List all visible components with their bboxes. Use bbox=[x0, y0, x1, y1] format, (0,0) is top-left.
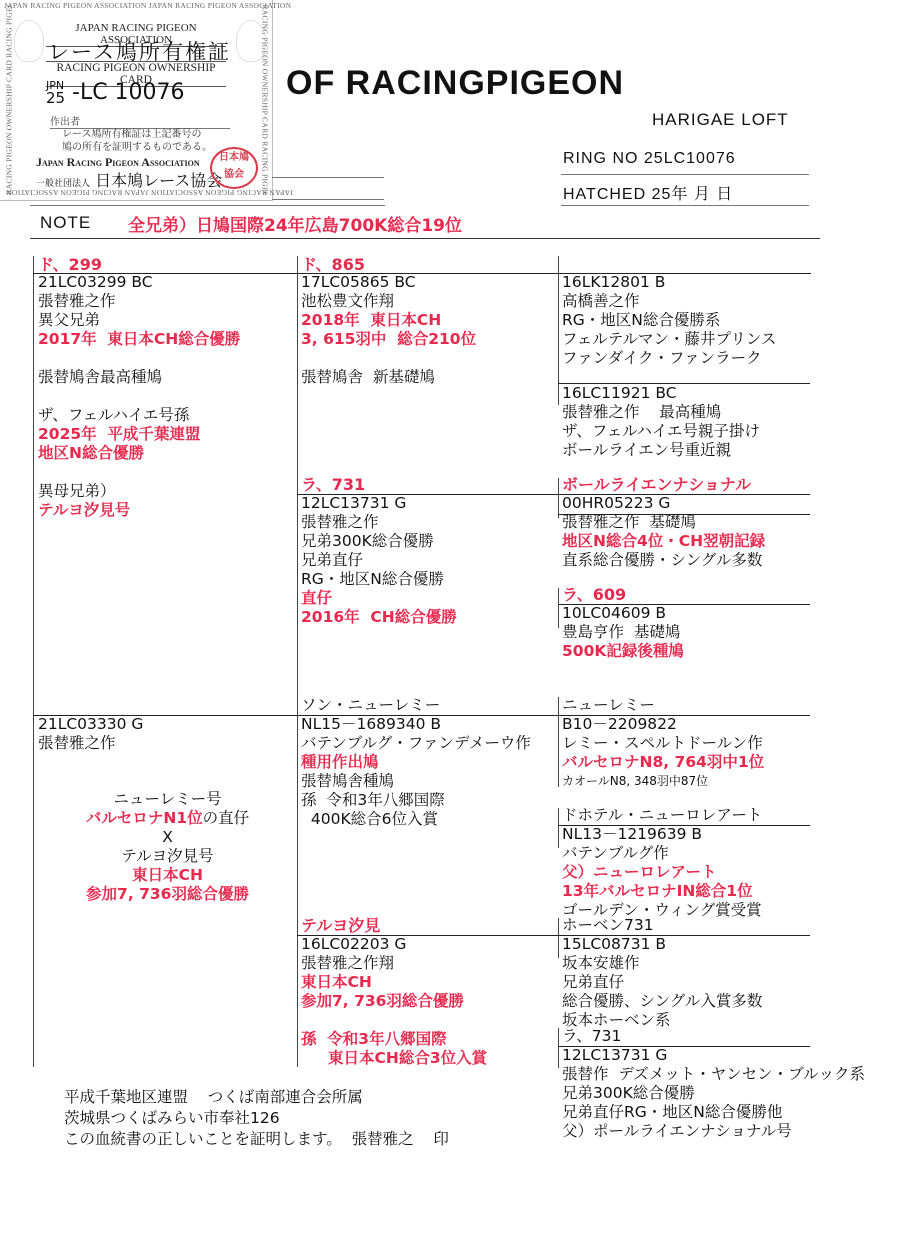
ssd-detail-line: ボールライエン号重近親 bbox=[562, 441, 760, 460]
sire-detail-line: テルヨ汐見号 bbox=[38, 501, 240, 520]
dss-ring: B10－2209822 bbox=[562, 715, 764, 734]
column-border bbox=[558, 808, 559, 848]
dam-summary-highlight: バルセロナN1位 bbox=[86, 809, 203, 827]
sire-detail-line: 張替雅之作 bbox=[38, 292, 240, 311]
dsd-details: バテンブルグ作父）ニューロレアート13年バルセロナIN総合1位ゴールデン・ウィン… bbox=[562, 844, 762, 920]
column-border bbox=[558, 918, 559, 958]
card-association-prefix: 一般社団法人 bbox=[36, 179, 90, 189]
ss-detail-line: 池松豊文作翔 bbox=[301, 292, 476, 311]
card-ring-number: -LC 10076 bbox=[72, 80, 185, 105]
sire-detail-line bbox=[38, 463, 240, 482]
divider bbox=[561, 174, 809, 175]
sire-detail-line: 地区N総合優勝 bbox=[38, 444, 240, 463]
sd-detail-line: 兄弟300K総合優勝 bbox=[301, 532, 457, 551]
dd-detail-line: 東日本CH bbox=[301, 973, 487, 992]
card-country-year: JPN 25 bbox=[46, 80, 65, 105]
sss-details: 高橋善之作RG・地区N総合優勝系フェルテルマン・藤井プリンスファンダイク・ファン… bbox=[562, 292, 776, 368]
sire-detail-line: 2017年 東日本CH総合優勝 bbox=[38, 330, 240, 349]
dam-summary-line: テルヨ汐見号 bbox=[40, 847, 295, 866]
ss-details: 池松豊文作翔2018年 東日本CH3, 615羽中 総合210位 張替鳩舎 新基… bbox=[301, 292, 476, 387]
sdd-detail-line: 豊島亨作 基礎鳩 bbox=[562, 623, 684, 642]
ddd-detail-line: 兄弟直仔RG・地区N総合優勝他 bbox=[562, 1103, 865, 1122]
sire-block: 21LC03299 BC 張替雅之作異父兄弟2017年 東日本CH総合優勝 張替… bbox=[38, 273, 240, 520]
sire-detail-line: 異母兄弟） bbox=[38, 482, 240, 501]
dss-detail-line: バルセロナN8, 764羽中1位 bbox=[562, 753, 764, 772]
dd-ring: 16LC02203 G bbox=[301, 935, 487, 954]
sire-detail-line: 2025年 平成千葉連盟 bbox=[38, 425, 240, 444]
column-border bbox=[33, 256, 34, 1067]
sire-name: ド、299 bbox=[38, 255, 102, 274]
dsd-detail-line: バテンブルグ作 bbox=[562, 844, 762, 863]
sd-detail-line: 兄弟直仔 bbox=[301, 551, 457, 570]
sd-block: 12LC13731 G 張替雅之作兄弟300K総合優勝兄弟直仔RG・地区N総合優… bbox=[301, 494, 457, 627]
page-title: OF RACINGPIGEON bbox=[286, 64, 624, 103]
dsd-ring: NL13－1219639 B bbox=[562, 825, 762, 844]
sd-detail-line: 直仔 bbox=[301, 589, 457, 608]
ssd-block: 16LC11921 BC 張替雅之作 最高種鳩ザ、フェルハイエ号親子掛けボールラ… bbox=[562, 384, 760, 460]
sire-detail-line: 異父兄弟 bbox=[38, 311, 240, 330]
card-breeder-label: 作出者 bbox=[50, 113, 230, 129]
dd-detail-line: 張替雅之作翔 bbox=[301, 954, 487, 973]
ddd-detail-line: 兄弟300K総合優勝 bbox=[562, 1084, 865, 1103]
dss-block: B10－2209822 レミー・スペルトドールン作バルセロナN8, 764羽中1… bbox=[562, 715, 764, 791]
ddd-ring: 12LC13731 G bbox=[562, 1046, 865, 1065]
card-description-line: レース鳩所有権証は上記番号の bbox=[62, 128, 212, 141]
sd-details: 張替雅之作兄弟300K総合優勝兄弟直仔RG・地区N総合優勝直仔2016年 CH総… bbox=[301, 513, 457, 627]
dd-name: テルヨ汐見 bbox=[301, 916, 380, 935]
ds-detail-line: 張替鳩舎種鳩 bbox=[301, 772, 531, 791]
ds-name: ソン・ニューレミー bbox=[301, 696, 440, 715]
sire-detail-line: ザ、フェルハイエ号孫 bbox=[38, 406, 240, 425]
sdd-name: ラ、609 bbox=[562, 585, 626, 604]
ss-name: ド、865 bbox=[301, 255, 365, 274]
ddd-detail-line: 父）ポールライエンナショナル号 bbox=[562, 1122, 865, 1141]
dsd-block: NL13－1219639 B バテンブルグ作父）ニューロレアート13年バルセロナ… bbox=[562, 825, 762, 920]
dd-block: 16LC02203 G 張替雅之作翔東日本CH参加7, 736羽総合優勝 孫 令… bbox=[301, 935, 487, 1068]
sd-detail-line: 張替雅之作 bbox=[301, 513, 457, 532]
divider bbox=[272, 199, 384, 200]
card-border-text-top: JAPAN RACING PIGEON ASSOCIATION JAPAN RA… bbox=[4, 1, 291, 10]
dam-summary-text: の直仔 bbox=[203, 809, 250, 827]
sdd-details: 豊島亨作 基礎鳩500K記録後種鳩 bbox=[562, 623, 684, 661]
sire-detail-line bbox=[38, 387, 240, 406]
column-border bbox=[558, 1028, 559, 1068]
sds-detail-line: 直系総合優勝・シングル多数 bbox=[562, 551, 765, 570]
sss-detail-line: フェルテルマン・藤井プリンス bbox=[562, 330, 776, 349]
sss-ring: 16LK12801 B bbox=[562, 273, 776, 292]
stamp-text: 日本鳩 bbox=[212, 149, 256, 166]
dds-ring: 15LC08731 B bbox=[562, 935, 762, 954]
dd-detail-line: 参加7, 736羽総合優勝 bbox=[301, 992, 487, 1011]
sd-name: ラ、731 bbox=[301, 475, 365, 494]
column-border bbox=[558, 697, 559, 787]
dam-summary: ニューレミー号 バルセロナN1位の直仔 X テルヨ汐見号 東日本CH 参加7, … bbox=[40, 790, 295, 904]
sds-detail-line: 地区N総合4位・CH翌朝記録 bbox=[562, 532, 765, 551]
dss-detail-line: カオールN8, 348羽中87位 bbox=[562, 772, 764, 791]
dsd-detail-line: 父）ニューロレアート bbox=[562, 863, 762, 882]
federation-affiliation: 平成千葉地区連盟 つくば南部連合会所属 bbox=[64, 1087, 449, 1108]
sds-detail-line: 張替雅之作 基礎鳩 bbox=[562, 513, 765, 532]
pigeon-emblem-left-icon bbox=[14, 20, 44, 62]
column-border bbox=[558, 385, 559, 405]
dd-detail-line: 孫 令和3年八郷国際 bbox=[301, 1030, 487, 1049]
dam-ring: 21LC03330 G bbox=[38, 715, 143, 734]
ss-detail-line: 3, 615羽中 総合210位 bbox=[301, 330, 476, 349]
column-border bbox=[297, 256, 298, 706]
dsd-name: ドホテル・ニューロレアート bbox=[562, 806, 762, 825]
column-border bbox=[558, 478, 559, 518]
dd-detail-line bbox=[301, 1011, 487, 1030]
sd-detail-line: RG・地区N総合優勝 bbox=[301, 570, 457, 589]
ds-detail-line: バテンブルグ・ファンデメーウ作 bbox=[301, 734, 531, 753]
sire-detail-line bbox=[38, 349, 240, 368]
hatched-date: HATCHED 25年 月 日 bbox=[563, 181, 733, 204]
ddd-detail-line: 張替作 デズメット・ヤンセン・ブルック系 bbox=[562, 1065, 865, 1084]
ssd-ring: 16LC11921 BC bbox=[562, 384, 760, 403]
sss-detail-line: ファンダイク・ファンラーク bbox=[562, 349, 776, 368]
dam-block: 21LC03330 G 張替雅之作 bbox=[38, 715, 143, 753]
loft-name: HARIGAE LOFT bbox=[652, 110, 789, 130]
column-border bbox=[558, 588, 559, 628]
ssd-detail-line: ザ、フェルハイエ号親子掛け bbox=[562, 422, 760, 441]
ds-detail-line: 種用作出鳩 bbox=[301, 753, 531, 772]
dam-details: 張替雅之作 bbox=[38, 734, 143, 753]
sire-detail-line: 張替鳩舎最高種鳩 bbox=[38, 368, 240, 387]
sd-detail-line: 2016年 CH総合優勝 bbox=[301, 608, 457, 627]
card-border-text-left: RACING PIGEON OWNERSHIP CARD RACING PIGE… bbox=[5, 5, 14, 195]
dam-summary-line: 東日本CH bbox=[40, 866, 295, 885]
pigeon-emblem-right-icon bbox=[236, 20, 266, 62]
stamp-text: 協会 bbox=[212, 166, 256, 183]
sire-details: 張替雅之作異父兄弟2017年 東日本CH総合優勝 張替鳩舎最高種鳩 ザ、フェルハ… bbox=[38, 292, 240, 520]
ddd-name: ラ、731 bbox=[562, 1027, 621, 1046]
ownership-card: JAPAN RACING PIGEON ASSOCIATION JAPAN RA… bbox=[0, 0, 273, 201]
dd-details: 張替雅之作翔東日本CH参加7, 736羽総合優勝 孫 令和3年八郷国際 東日本C… bbox=[301, 954, 487, 1068]
dss-detail-line: レミー・スペルトドールン作 bbox=[562, 734, 764, 753]
ds-detail-line: 400K総合6位入賞 bbox=[301, 810, 531, 829]
dds-block: 15LC08731 B 坂本安雄作兄弟直仔総合優勝、シングル入賞多数坂本ホーベン… bbox=[562, 935, 762, 1030]
ds-ring: NL15－1689340 B bbox=[301, 715, 531, 734]
divider bbox=[561, 205, 809, 206]
ss-detail-line: 張替鳩舎 新基礎鳩 bbox=[301, 368, 476, 387]
sds-ring: 00HR05223 G bbox=[562, 494, 765, 513]
card-association-name: 日本鳩レース協会 bbox=[95, 171, 222, 190]
note-value: 全兄弟）日鳩国際24年広島700K総合19位 bbox=[128, 211, 462, 236]
divider bbox=[272, 177, 384, 178]
dam-summary-line: ニューレミー号 bbox=[40, 790, 295, 809]
loft-address: 茨城県つくばみらい市奉社126 bbox=[64, 1108, 449, 1129]
dss-details: レミー・スペルトドールン作バルセロナN8, 764羽中1位カオールN8, 348… bbox=[562, 734, 764, 791]
ssd-detail-line: 張替雅之作 最高種鳩 bbox=[562, 403, 760, 422]
dd-detail-line: 東日本CH総合3位入賞 bbox=[301, 1049, 487, 1068]
dss-name: ニューレミー bbox=[562, 696, 655, 715]
card-description-line: 鳩の所有を証明するものである。 bbox=[62, 141, 212, 154]
ss-ring: 17LC05865 BC bbox=[301, 273, 476, 292]
dds-detail-line: 坂本安雄作 bbox=[562, 954, 762, 973]
dds-detail-line: 総合優勝、シングル入賞多数 bbox=[562, 992, 762, 1011]
sdd-detail-line: 500K記録後種鳩 bbox=[562, 642, 684, 661]
ring-number: RING NO 25LC10076 bbox=[563, 150, 736, 168]
sdd-ring: 10LC04609 B bbox=[562, 604, 684, 623]
sss-block: 16LK12801 B 高橋善之作RG・地区N総合優勝系フェルテルマン・藤井プリ… bbox=[562, 273, 776, 368]
note-label: NOTE bbox=[40, 213, 91, 233]
sd-ring: 12LC13731 G bbox=[301, 494, 457, 513]
ddd-block: 12LC13731 G 張替作 デズメット・ヤンセン・ブルック系兄弟300K総合… bbox=[562, 1046, 865, 1141]
dam-summary-line: 参加7, 736羽総合優勝 bbox=[40, 885, 295, 904]
divider bbox=[30, 205, 385, 206]
column-border bbox=[558, 256, 559, 386]
sdd-block: 10LC04609 B 豊島亨作 基礎鳩500K記録後種鳩 bbox=[562, 604, 684, 661]
dds-details: 坂本安雄作兄弟直仔総合優勝、シングル入賞多数坂本ホーベン系 bbox=[562, 954, 762, 1030]
sds-block: 00HR05223 G 張替雅之作 基礎鳩地区N総合4位・CH翌朝記録直系総合優… bbox=[562, 494, 765, 570]
ss-detail-line: 2018年 東日本CH bbox=[301, 311, 476, 330]
column-border bbox=[297, 697, 298, 1067]
ds-block: NL15－1689340 B バテンブルグ・ファンデメーウ作種用作出鳩張替鳩舎種… bbox=[301, 715, 531, 829]
dsd-detail-line: 13年バルセロナIN総合1位 bbox=[562, 882, 762, 901]
ss-block: 17LC05865 BC 池松豊文作翔2018年 東日本CH3, 615羽中 総… bbox=[301, 273, 476, 387]
ds-details: バテンブルグ・ファンデメーウ作種用作出鳩張替鳩舎種鳩孫 令和3年八郷国際 400… bbox=[301, 734, 531, 829]
certification-footer: 平成千葉地区連盟 つくば南部連合会所属 茨城県つくばみらい市奉社126 この血統… bbox=[64, 1087, 449, 1150]
dds-name: ホーベン731 bbox=[562, 916, 654, 935]
card-year: 25 bbox=[46, 91, 65, 105]
card-association-jp: 一般社団法人 日本鳩レース協会 bbox=[36, 168, 222, 191]
ddd-details: 張替作 デズメット・ヤンセン・ブルック系兄弟300K総合優勝兄弟直仔RG・地区N… bbox=[562, 1065, 865, 1141]
sss-detail-line: RG・地区N総合優勝系 bbox=[562, 311, 776, 330]
card-description: レース鳩所有権証は上記番号の 鳩の所有を証明するものである。 bbox=[62, 128, 212, 154]
dam-summary-line: バルセロナN1位の直仔 bbox=[40, 809, 295, 828]
dds-detail-line: 兄弟直仔 bbox=[562, 973, 762, 992]
sire-ring: 21LC03299 BC bbox=[38, 273, 240, 292]
ss-detail-line bbox=[301, 349, 476, 368]
association-seal-stamp: 日本鳩 協会 bbox=[210, 147, 258, 189]
ds-detail-line: 孫 令和3年八郷国際 bbox=[301, 791, 531, 810]
sds-name: ボールライエンナショナル bbox=[562, 475, 751, 494]
sss-detail-line: 高橋善之作 bbox=[562, 292, 776, 311]
dam-detail-line: 張替雅之作 bbox=[38, 734, 143, 753]
ssd-details: 張替雅之作 最高種鳩ザ、フェルハイエ号親子掛けボールライエン号重近親 bbox=[562, 403, 760, 460]
sds-details: 張替雅之作 基礎鳩地区N総合4位・CH翌朝記録直系総合優勝・シングル多数 bbox=[562, 513, 765, 570]
certification-statement: この血統書の正しいことを証明します。 張替雅之 印 bbox=[64, 1129, 449, 1150]
divider bbox=[30, 238, 820, 239]
dam-summary-line: X bbox=[40, 828, 295, 847]
